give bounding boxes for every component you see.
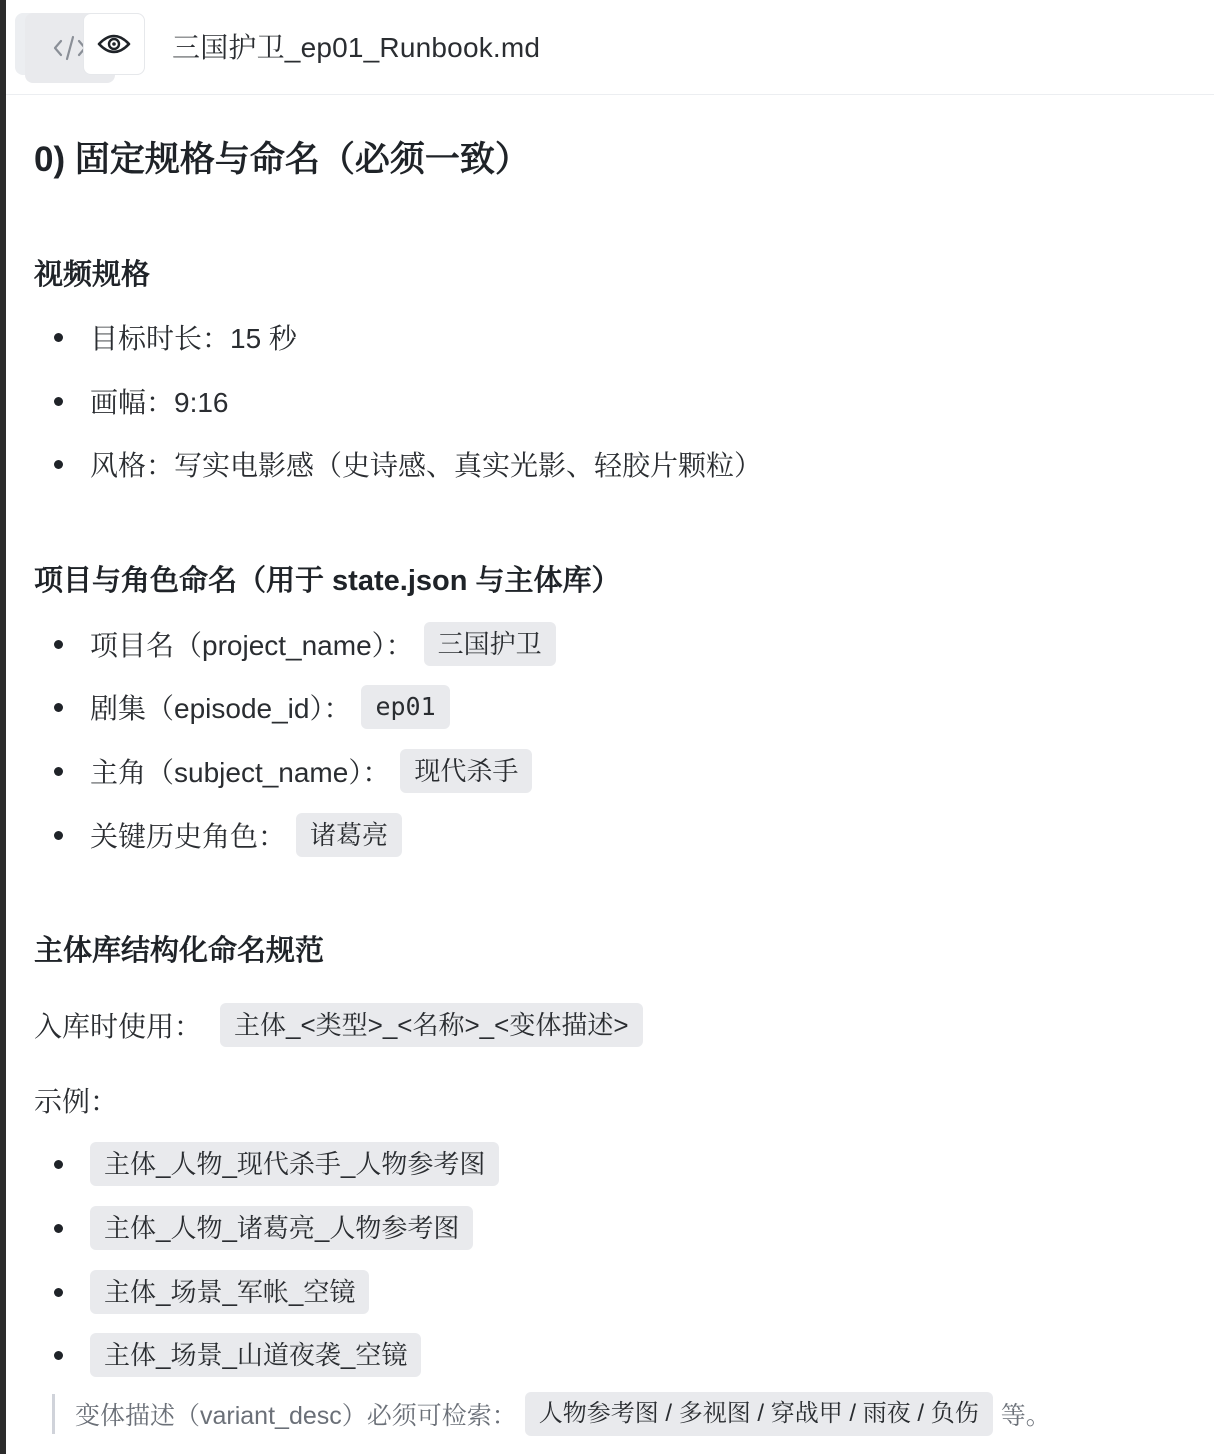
inline-code: 诸葛亮 — [296, 813, 402, 857]
inline-code: 主体_<类型>_<名称>_<变体描述> — [220, 1003, 642, 1047]
list-item: 项目名（project_name）： 三国护卫 — [34, 621, 556, 667]
list-item: 主角（subject_name）： 现代杀手 — [34, 748, 532, 794]
list-item: 主体_场景_山道夜袭_空镜 — [34, 1332, 421, 1378]
bullet-icon — [54, 1160, 63, 1169]
bullet-icon — [54, 703, 63, 712]
list-item: 画幅：9:16 — [34, 378, 229, 424]
bullet-icon — [54, 640, 63, 649]
bullet-icon — [54, 1288, 63, 1297]
blockquote-note: 变体描述（variant_desc）必须可检索： 人物参考图 / 多视图 / 穿… — [52, 1394, 1051, 1434]
bullet-icon — [54, 831, 63, 840]
usage-label: 入库时使用： — [34, 1005, 202, 1045]
bullet-icon — [54, 397, 63, 406]
section-heading: 0) 固定规格与命名（必须一致） — [34, 132, 530, 182]
usage-paragraph: 入库时使用： 主体_<类型>_<名称>_<变体描述> — [34, 1002, 643, 1048]
eye-icon — [96, 30, 132, 58]
list-item: 主体_人物_现代杀手_人物参考图 — [34, 1141, 499, 1187]
list-item: 主体_人物_诸葛亮_人物参考图 — [34, 1205, 473, 1251]
list-item: 主体_场景_军帐_空镜 — [34, 1269, 369, 1315]
list-item-text: 画幅：9:16 — [90, 381, 229, 421]
bullet-icon — [54, 1224, 63, 1233]
naming-heading: 项目与角色命名（用于 state.json 与主体库） — [34, 558, 621, 599]
background-window-edge — [0, 0, 6, 1454]
bullet-icon — [54, 333, 63, 342]
inline-code: 主体_人物_现代杀手_人物参考图 — [90, 1142, 499, 1186]
inline-code: 现代杀手 — [400, 749, 532, 793]
bullet-icon — [54, 460, 63, 469]
note-suffix: 等。 — [1001, 1396, 1051, 1432]
list-item: 剧集（episode_id）： ep01 — [34, 684, 450, 730]
inline-code: 主体_人物_诸葛亮_人物参考图 — [90, 1206, 473, 1250]
bullet-icon — [54, 1351, 63, 1360]
preview-view-button[interactable] — [83, 13, 145, 75]
list-item-label: 主角（subject_name）： — [90, 751, 390, 791]
examples-label: 示例： — [34, 1077, 118, 1123]
bullet-icon — [54, 767, 63, 776]
video-spec-heading: 视频规格 — [34, 252, 150, 293]
list-item-label: 项目名（project_name）： — [90, 624, 414, 664]
inline-code: 三国护卫 — [424, 622, 556, 666]
inline-code: 主体_场景_军帐_空镜 — [90, 1270, 369, 1314]
inline-code: ep01 — [361, 685, 449, 729]
inline-code: 人物参考图 / 多视图 / 穿战甲 / 雨夜 / 负伤 — [525, 1392, 993, 1436]
inline-code: 主体_场景_山道夜袭_空镜 — [90, 1333, 421, 1377]
list-item-label: 剧集（episode_id）： — [90, 687, 351, 727]
file-header: 三国护卫_ep01_Runbook.md — [6, 0, 1214, 95]
list-item-text: 风格：写实电影感（史诗感、真实光影、轻胶片颗粒） — [90, 444, 762, 484]
list-item: 风格：写实电影感（史诗感、真实光影、轻胶片颗粒） — [34, 441, 762, 487]
list-item: 目标时长：15 秒 — [34, 314, 297, 360]
list-item: 关键历史角色： 诸葛亮 — [34, 812, 402, 858]
library-heading: 主体库结构化命名规范 — [34, 928, 324, 969]
view-mode-toggle — [15, 13, 145, 75]
list-item-label: 关键历史角色： — [90, 815, 286, 855]
list-item-text: 目标时长：15 秒 — [90, 317, 297, 357]
note-text: 变体描述（variant_desc）必须可检索： — [75, 1396, 517, 1432]
file-title: 三国护卫_ep01_Runbook.md — [172, 26, 540, 66]
